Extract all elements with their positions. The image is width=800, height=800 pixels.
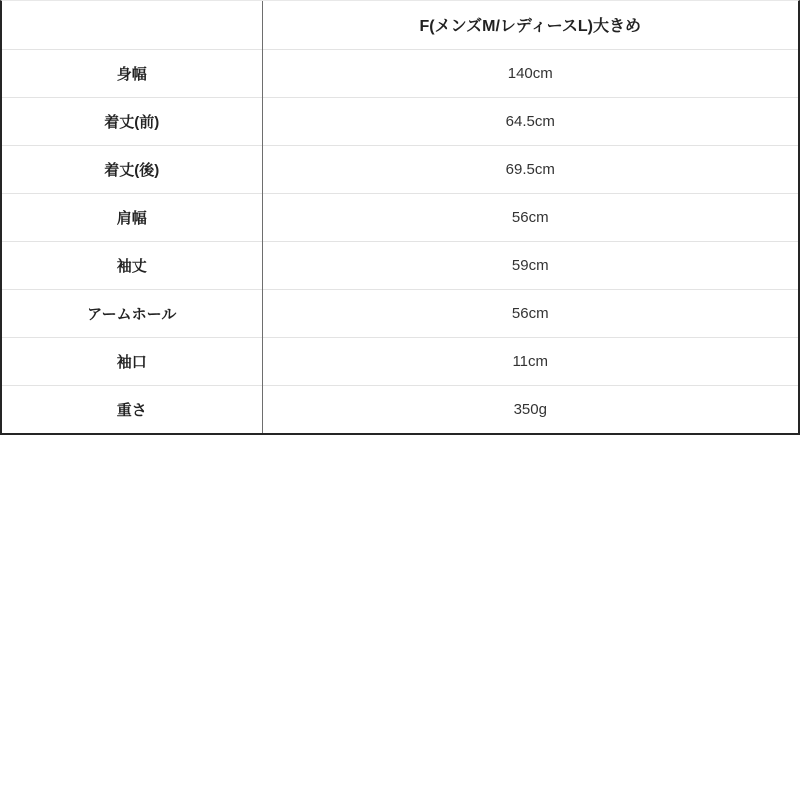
table-row: 袖丈 59cm [2, 241, 798, 289]
size-row-label: 着丈(前) [2, 97, 262, 145]
size-row-label: 袖口 [2, 337, 262, 385]
size-row-label: 重さ [2, 385, 262, 433]
table-row: アームホール 56cm [2, 289, 798, 337]
size-header-title: F(メンズM/レディースL)大きめ [262, 1, 798, 49]
size-row-value: 59cm [262, 241, 798, 289]
size-row-value: 56cm [262, 193, 798, 241]
size-row-value: 350g [262, 385, 798, 433]
size-row-value: 11cm [262, 337, 798, 385]
table-row: 肩幅 56cm [2, 193, 798, 241]
size-row-value: 69.5cm [262, 145, 798, 193]
table-row: 袖口 11cm [2, 337, 798, 385]
size-row-value: 140cm [262, 49, 798, 97]
size-spec-table: F(メンズM/レディースL)大きめ 身幅 140cm 着丈(前) 64.5cm … [2, 1, 798, 433]
size-row-label: 肩幅 [2, 193, 262, 241]
size-row-label: 身幅 [2, 49, 262, 97]
size-row-label: 袖丈 [2, 241, 262, 289]
size-row-label: アームホール [2, 289, 262, 337]
table-row: 着丈(前) 64.5cm [2, 97, 798, 145]
size-header-empty-cell [2, 1, 262, 49]
size-spec-table-container: F(メンズM/レディースL)大きめ 身幅 140cm 着丈(前) 64.5cm … [0, 0, 800, 435]
size-row-label: 着丈(後) [2, 145, 262, 193]
table-row: 重さ 350g [2, 385, 798, 433]
size-row-value: 64.5cm [262, 97, 798, 145]
table-row: 着丈(後) 69.5cm [2, 145, 798, 193]
size-row-value: 56cm [262, 289, 798, 337]
table-header-row: F(メンズM/レディースL)大きめ [2, 1, 798, 49]
table-row: 身幅 140cm [2, 49, 798, 97]
